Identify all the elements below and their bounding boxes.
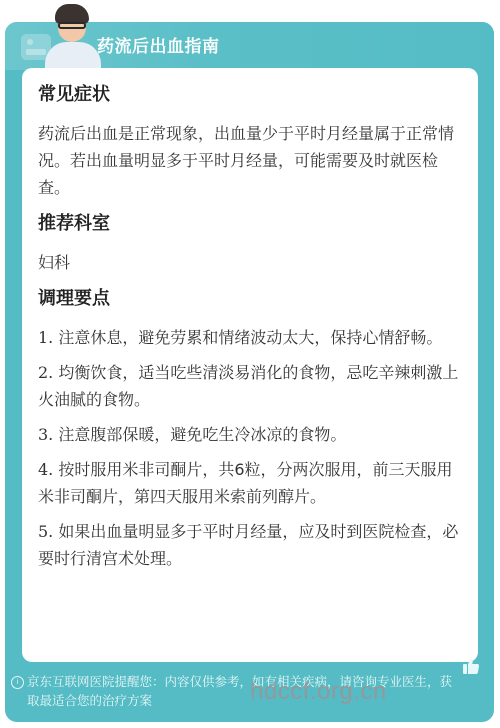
list-item: 1. 注意休息，避免劳累和情绪波动太大，保持心情舒畅。 — [38, 324, 462, 351]
section-text: 药流后出血是正常现象，出血量少于平时月经量属于正常情况。若出血量明显多于平时月经… — [38, 120, 462, 201]
thumbs-up-icon[interactable] — [462, 657, 480, 675]
section-department: 推荐科室 妇科 — [38, 211, 462, 276]
info-icon: i — [11, 676, 24, 689]
list-item: 4. 按时服用米非司酮片，共6粒，分两次服用，前三天服用米非司酮片，第四天服用米… — [38, 456, 462, 510]
content-panel: 常见症状 药流后出血是正常现象，出血量少于平时月经量属于正常情况。若出血量明显多… — [22, 68, 478, 662]
guide-card: 药流后出血指南 常见症状 药流后出血是正常现象，出血量少于平时月经量属于正常情况… — [5, 22, 494, 722]
section-care-points: 调理要点 1. 注意休息，避免劳累和情绪波动太大，保持心情舒畅。 2. 均衡饮食… — [38, 286, 462, 572]
section-symptoms: 常见症状 药流后出血是正常现象，出血量少于平时月经量属于正常情况。若出血量明显多… — [38, 82, 462, 201]
section-title: 调理要点 — [38, 286, 462, 312]
doctor-avatar — [49, 4, 97, 70]
list-item: 2. 均衡饮食，适当吃些清淡易消化的食物，忌吃辛辣刺激上火油腻的食物。 — [38, 359, 462, 413]
page-title: 药流后出血指南 — [97, 32, 220, 57]
section-title: 推荐科室 — [38, 211, 462, 237]
watermark: hdccf.org.cn — [250, 678, 387, 706]
list-item: 3. 注意腹部保暖，避免吃生冷冰凉的食物。 — [38, 421, 462, 448]
section-title: 常见症状 — [38, 82, 462, 108]
disclaimer-text: 京东互联网医院提醒您：内容仅供参考，如有相关疾病，请咨询专业医生，获取最适合您的… — [27, 672, 459, 710]
department-value: 妇科 — [38, 249, 462, 276]
list-item: 5. 如果出血量明显多于平时月经量，应及时到医院检查，必要时行清宫术处理。 — [38, 518, 462, 572]
header-band: 药流后出血指南 — [5, 22, 494, 70]
disclaimer-footer: i 京东互联网医院提醒您：内容仅供参考，如有相关疾病，请咨询专业医生，获取最适合… — [19, 672, 459, 710]
